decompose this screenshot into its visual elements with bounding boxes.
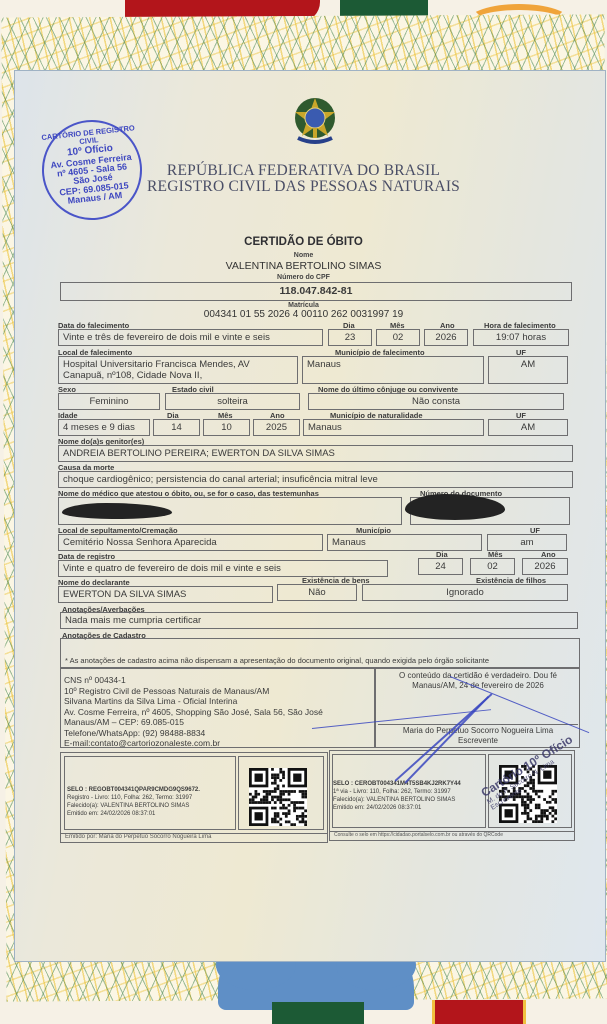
- annotations-field: Nada mais me cumpria certificar: [60, 612, 578, 629]
- death-date-text-field: Vinte e três de fevereiro de dois mil e …: [58, 329, 323, 346]
- registry-line: Manaus/AM – CEP: 69.085-015: [64, 717, 323, 728]
- registry-line: Silvana Martins da Silva Lima - Oficial …: [64, 696, 323, 707]
- reg-year-field: 2026: [522, 558, 568, 575]
- registry-line: E-mail:contato@cartoriozonaleste.com.br: [64, 738, 323, 749]
- registry-line: Av. Cosme Ferreira, nº 4605, Shopping Sã…: [64, 707, 323, 718]
- death-day-field: 23: [328, 329, 372, 346]
- assets-field: Não: [277, 584, 357, 601]
- registry-line: CNS nº 00434-1: [64, 675, 323, 686]
- birth-day-field: 14: [153, 419, 200, 436]
- civil-field: solteira: [165, 393, 300, 410]
- seal-2-footer: Consulte o selo em https://cidadao.porta…: [334, 832, 570, 838]
- seal-1-code: SELO : REGOBT004341QPAR9CMDG9QS9672.: [67, 786, 200, 794]
- seal-1-text: SELO : REGOBT004341QPAR9CMDG9QS9672. Reg…: [67, 786, 200, 818]
- redaction-doctor: [62, 503, 172, 519]
- name-label: Nome: [0, 252, 607, 259]
- burial-field: Cemitério Nossa Senhora Aparecida: [58, 534, 323, 551]
- cadastre-note: * As anotações de cadastro acima não dis…: [65, 656, 489, 665]
- birthplace-field: Manaus: [303, 419, 484, 436]
- matricula-label: Matrícula: [0, 302, 607, 309]
- death-year-field: 2026: [424, 329, 468, 346]
- cpf-label: Número do CPF: [0, 274, 607, 281]
- registry-line: Telefone/WhatsApp: (92) 98488-8834: [64, 728, 323, 739]
- declarant-field: EWERTON DA SILVA SIMAS: [58, 586, 273, 603]
- registry-line: 10º Registro Civil de Pessoas Naturais d…: [64, 686, 323, 697]
- seal-2-line: Falecido(a): VALENTINA BERTOLINO SIMAS: [333, 796, 461, 804]
- brazil-coat-of-arms-icon: [286, 94, 344, 148]
- seal-1-line: Emitido em: 24/02/2026 08:37:01: [67, 810, 200, 818]
- burial-uf-field: am: [487, 534, 567, 551]
- registry-info: CNS nº 00434-1 10º Registro Civil de Pes…: [64, 675, 323, 749]
- fabric-red-pattern: [432, 1000, 526, 1024]
- sex-field: Feminino: [58, 393, 160, 410]
- seal-2-line: Emitido em: 24/02/2026 08:37:01: [333, 804, 461, 812]
- birth-month-field: 10: [203, 419, 250, 436]
- birth-year-field: 2025: [253, 419, 300, 436]
- fabric-green-pattern: [272, 1002, 364, 1024]
- reg-month-field: 02: [470, 558, 515, 575]
- seal-2-code: SELO : CEROBT004341M4T5SB4KJ2RK7Y44: [333, 780, 461, 788]
- signer-name: Maria do Perpetuo Socorro Nogueira Lima: [378, 726, 578, 736]
- reg-day-field: 24: [418, 558, 463, 575]
- death-month-field: 02: [376, 329, 420, 346]
- burial-municipality-field: Manaus: [327, 534, 482, 551]
- age-field: 4 meses e 9 dias: [58, 419, 150, 436]
- death-time-field: 19:07 horas: [473, 329, 569, 346]
- uf-birth-field: AM: [488, 419, 568, 436]
- seal-1-line: Registro - Livro: 110, Folha: 262, Termo…: [67, 794, 200, 802]
- attestation-line-1: O conteúdo da certidão é verdadeiro. Dou…: [378, 671, 578, 681]
- uf-death-field: AM: [488, 356, 568, 384]
- seal-1-footer: Emitido por: Maria do Perpetuo Socorro N…: [65, 834, 323, 841]
- reg-date-text-field: Vinte e quatro de fevereiro de dois mil …: [58, 560, 388, 577]
- seal-1-line: Falecido(a): VALENTINA BERTOLINO SIMAS: [67, 802, 200, 810]
- children-field: Ignorado: [362, 584, 568, 601]
- cause-field: choque cardiogênico; persistencia do can…: [58, 471, 573, 488]
- matricula-value: 004341 01 55 2026 4 00110 262 0031997 19: [0, 309, 607, 320]
- qr-code-icon[interactable]: [249, 768, 307, 826]
- seal-1-footer-box: Emitido por: Maria do Perpetuo Socorro N…: [60, 833, 328, 843]
- seal-2-text: SELO : CEROBT004341M4T5SB4KJ2RK7Y44 1ª v…: [333, 780, 461, 812]
- signature-block: Maria do Perpetuo Socorro Nogueira Lima …: [378, 724, 578, 746]
- seal-2-line: 1ª via - Livro: 110, Folha: 262, Termo: …: [333, 788, 461, 796]
- municipality-death-field: Manaus: [302, 356, 484, 384]
- parents-field: ANDREIA BERTOLINO PEREIRA; EWERTON DA SI…: [58, 445, 573, 462]
- cpf-field: 118.047.842-81: [60, 282, 572, 301]
- cadastre-field: * As anotações de cadastro acima não dis…: [60, 638, 580, 668]
- deceased-name: VALENTINA BERTOLINO SIMAS: [0, 260, 607, 272]
- place-field: Hospital Universitario Francisca Mendes,…: [58, 356, 298, 384]
- certificate-title: CERTIDÃO DE ÓBITO: [0, 236, 607, 248]
- spouse-field: Não consta: [308, 393, 564, 410]
- attestation-line-2: Manaus/AM, 24 de fevereiro de 2026: [378, 681, 578, 691]
- seal-2-footer-box: Consulte o selo em https://cidadao.porta…: [329, 831, 575, 841]
